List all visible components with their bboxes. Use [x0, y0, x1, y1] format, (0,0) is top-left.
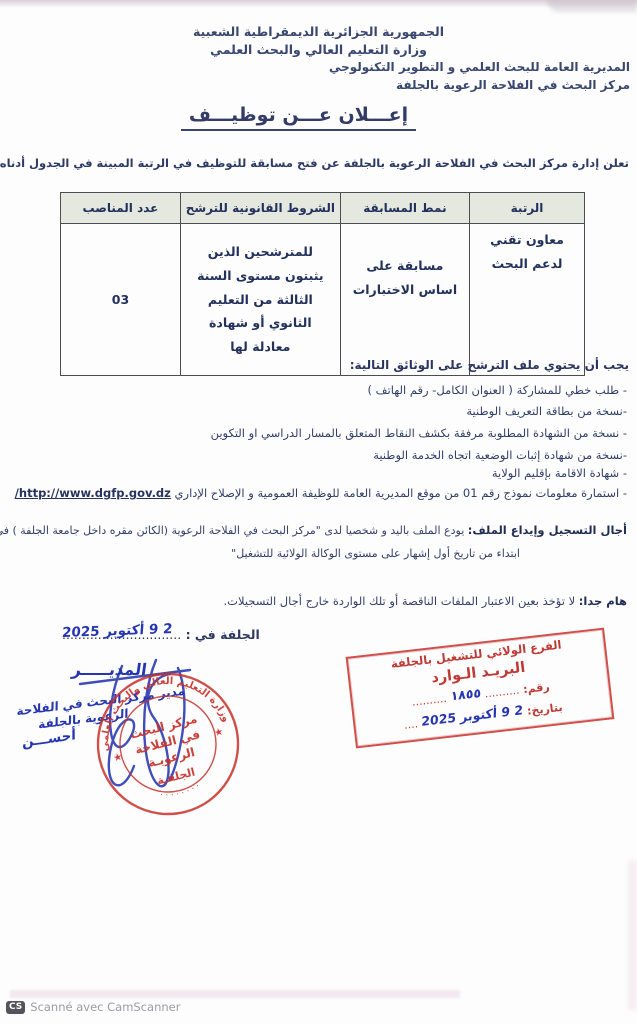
camscanner-logo: CS [6, 1001, 25, 1014]
document-item-3: - نسخة من الشهادة المطلوبة مرفقة بكشف ال… [211, 426, 627, 440]
cell-positions: 03 [61, 224, 181, 376]
dateline: الجلفة في : ............................… [62, 627, 277, 642]
scanned-document-page: الجمهورية الجزائرية الديمقراطية الشعبية … [0, 0, 637, 1024]
dateline-dots: .............................. 2 9 أكتوب… [62, 627, 181, 642]
table-header-rank: الرتبة [470, 193, 585, 224]
document-item-1: - طلب خطي للمشاركة ( العنوان الكامل- رقم… [367, 383, 627, 397]
scan-smudge-top-right [547, 0, 637, 12]
table-header-row: الرتبة نمط المسابقة الشروط القانونية للت… [61, 193, 585, 224]
dateline-label: الجلفة في : [186, 627, 260, 642]
incoming-mail-stamp: الفرع الولائي للتشغيل بالجلفة البريـد ال… [346, 628, 615, 749]
documents-heading: يجب أن يحتوي ملف الترشح على الوثائق التا… [350, 358, 629, 372]
dgfp-url: /http://www.dgfp.gov.dz [15, 486, 171, 500]
important-label: هام جدا: [579, 594, 627, 608]
important-text: لا تؤخذ بعين الاعتبار الملفات الناقصة أو… [223, 594, 578, 608]
table-header-conditions: الشروط القانونية للترشح [180, 193, 340, 224]
stamp-bottom-text: الجلفـة [156, 766, 197, 788]
red-stamp-number-value: ١٨٥٥ [450, 682, 481, 707]
deadline-text: يودع الملف باليد و شخصيا لدى "مركز البحث… [0, 524, 468, 537]
deadline-paragraph-line2: ابتداء من تاريخ أول إشهار على مستوى الوك… [231, 547, 520, 560]
scan-smudge-bottom [10, 990, 460, 998]
table-row: معاون تقني لدعم البحث مسابقة على اساس ال… [61, 224, 585, 376]
scan-smudge-right [628, 860, 637, 1010]
important-note: هام جدا: لا تؤخذ بعين الاعتبار الملفات ا… [223, 594, 627, 608]
recruitment-table: الرتبة نمط المسابقة الشروط القانونية للت… [60, 192, 585, 376]
header-center-line: مركز البحث في الفلاحة الرعوية بالجلفة [396, 78, 630, 92]
header-directorate-line: المديرية العامة للبحث العلمي و التطوير ا… [329, 60, 630, 74]
document-item-4: -نسخة من شهادة إثبات الوضعية اتجاه الخدم… [373, 448, 627, 462]
deadline-paragraph-line1: أجال التسجيل وإيداع الملف: يودع الملف با… [0, 523, 627, 537]
deadline-label: أجال التسجيل وإيداع الملف: [468, 523, 627, 537]
cell-rank: معاون تقني لدعم البحث [470, 224, 585, 376]
header-ministry-line: وزارة التعليم العالي والبحث العلمي [0, 42, 637, 57]
cell-mode: مسابقة على اساس الاختبارات [340, 224, 469, 376]
stamp-star-right: ★ [213, 726, 224, 739]
camscanner-text: Scanné avec CamScanner [30, 1000, 180, 1014]
document-item-5: - شهادة الاقامة بإقليم الولاية [492, 466, 627, 480]
header-republic-line: الجمهورية الجزائرية الديمقراطية الشعبية [0, 24, 637, 39]
document-item-6: - استمارة معلومات نموذج رقم 01 من موقع ا… [15, 486, 627, 500]
camscanner-footer: CS Scanné avec CamScanner [6, 1000, 180, 1014]
scan-edge-artifact-top [0, 0, 637, 8]
page-title: إعـــلان عـــن توظيـــف [181, 104, 416, 131]
table-header-mode: نمط المسابقة [340, 193, 469, 224]
document-item-2: -نسخة من بطاقة التعريف الوطنية [466, 404, 627, 418]
table-header-positions: عدد المناصب [61, 193, 181, 224]
cell-conditions: للمترشحين الذين يثبتون مستوى السنة الثال… [180, 224, 340, 376]
page-title-wrap: إعـــلان عـــن توظيـــف [0, 104, 617, 131]
stamp-star-left: ★ [112, 752, 123, 765]
intro-sentence: تعلن إدارة مركز البحث في الفلاحة الرعوية… [0, 156, 629, 170]
document-item-6-text: - استمارة معلومات نموذج رقم 01 من موقع ا… [175, 486, 627, 500]
